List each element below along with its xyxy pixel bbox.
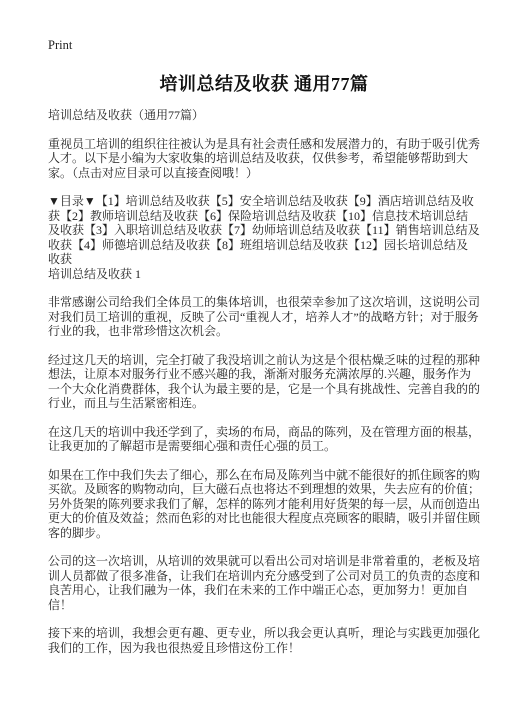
toc-item-4[interactable]: 【4】师德培训总结及收获: [72, 238, 210, 252]
table-of-contents: ▼目录▼【1】培训总结及收获【5】安全培训总结及收获【9】酒店培训总结及收获【2…: [48, 194, 480, 267]
doc-subtitle: 培训总结及收获（通用77篇）: [48, 108, 480, 123]
toc-item-6[interactable]: 【6】保险培训总结及收获: [198, 209, 336, 223]
toc-items: 【1】培训总结及收获【5】安全培训总结及收获【9】酒店培训总结及收获【2】教师培…: [48, 194, 480, 266]
toc-item-8[interactable]: 【8】班组培训总结及收获: [210, 238, 348, 252]
article-body: 非常感谢公司给我们全体员工的集体培训，也很荣幸参加了这次培训，这说明公司对我们员…: [48, 295, 480, 655]
body-paragraph: 如果在工作中我们失去了细心，那么在布局及陈列当中就不能很好的抓住顾客的购买欲。及…: [48, 468, 480, 541]
body-paragraph: 接下来的培训，我想会更有趣、更专业，所以我会更认真听，理论与实践更加强化我们的工…: [48, 626, 480, 655]
toc-item-1[interactable]: 【1】培训总结及收获: [96, 194, 210, 208]
toc-marker: ▼目录▼: [48, 194, 96, 208]
toc-item-5[interactable]: 【5】安全培训总结及收获: [210, 194, 348, 208]
page-title: 培训总结及收获 通用77篇: [48, 73, 480, 95]
toc-item-2[interactable]: 【2】教师培训总结及收获: [60, 209, 198, 223]
body-paragraph: 经过这几天的培训，完全打破了我没培训之前认为这是个很枯燥乏味的过程的那种想法，让…: [48, 353, 480, 411]
document-page: Print 培训总结及收获 通用77篇 培训总结及收获（通用77篇） 重视员工培…: [0, 0, 520, 718]
print-button[interactable]: Print: [48, 38, 72, 53]
body-paragraph: 公司的这一次培训，从培训的效果就可以看出公司对培训是非常着重的，老板及培训人员都…: [48, 554, 480, 612]
intro-paragraph: 重视员工培训的组织往往被认为是具有社会责任感和发展潜力的，有助于吸引优秀人才。以…: [48, 137, 480, 181]
toc-item-7[interactable]: 【7】幼师培训总结及收获: [222, 223, 360, 237]
body-paragraph: 在这几天的培训中我还学到了，卖场的布局，商品的陈列，及在管理方面的根基，让我更加…: [48, 425, 480, 454]
section-heading: 培训总结及收获 1: [48, 267, 480, 282]
body-paragraph: 非常感谢公司给我们全体员工的集体培训，也很荣幸参加了这次培训，这说明公司对我们员…: [48, 295, 480, 339]
toc-item-3[interactable]: 【3】入职培训总结及收获: [84, 223, 222, 237]
